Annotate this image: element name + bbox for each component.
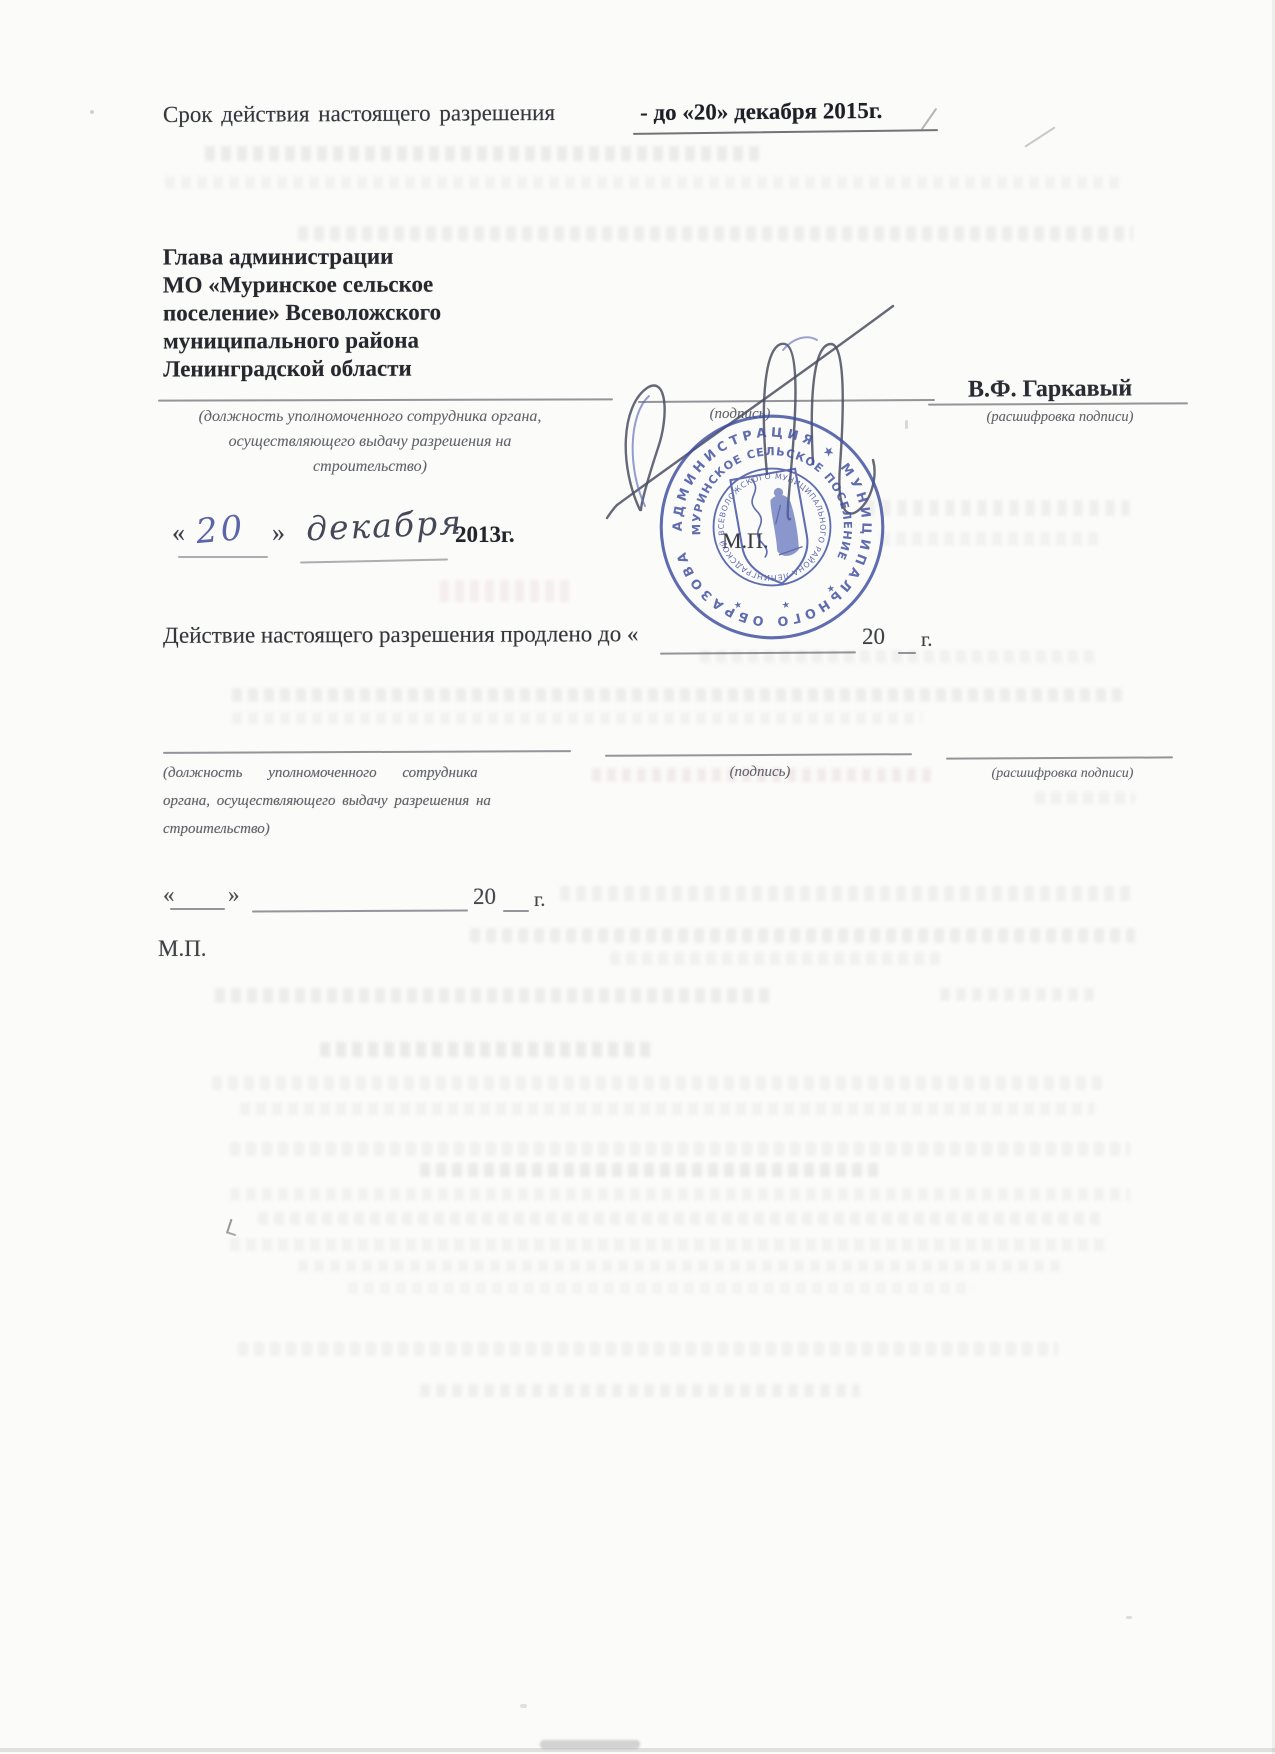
blank-date-open-quote: « — [163, 882, 175, 908]
seal-place-mark-2: М.П. — [158, 936, 207, 962]
extension-line: Действие настоящего разрешения продлено … — [163, 621, 639, 649]
ext-position-caption: (должность уполномоченного сотрудника ор… — [163, 759, 583, 843]
issuer-title-block: Глава администрации МО «Муринское сельск… — [163, 243, 442, 384]
seal-star: ★ — [781, 599, 791, 610]
official-round-seal: АДМИНИСТРАЦИЯ ★ МУНИЦИПАЛЬНОГО ОБРАЗОВАН… — [652, 407, 892, 647]
position-underline — [158, 398, 613, 401]
bleedthrough-artifact — [232, 712, 922, 724]
ext-signature-underline — [605, 753, 912, 756]
position-caption-line: осуществляющего выдачу разрешения на — [150, 429, 590, 454]
seal-star: ★ — [826, 583, 836, 594]
extension-year-prefix: 20 — [862, 624, 885, 650]
issue-date-day-handwritten: 20 — [194, 508, 247, 552]
issue-date-close-quote: » — [272, 518, 285, 548]
pen-tick-mark — [226, 1219, 240, 1236]
issue-day-underline — [178, 556, 268, 558]
scanned-permit-page: Срок действия настоящего разрешения - до… — [0, 0, 1275, 1754]
issuer-title-line: МО «Муринское сельское — [163, 271, 441, 300]
issuer-title-line: муниципального района — [163, 327, 441, 356]
bleedthrough-artifact — [560, 886, 1135, 901]
seal-ring-outer-text: АДМИНИСТРАЦИЯ ★ МУНИЦИПАЛЬНОГО ОБРАЗОВАН… — [655, 409, 890, 644]
bleedthrough-artifact — [230, 1188, 1130, 1201]
scan-bottom-edge — [0, 1748, 1275, 1752]
blank-date-close-quote: » — [228, 882, 240, 908]
validity-underline — [633, 129, 938, 135]
bleedthrough-artifact — [880, 532, 1100, 546]
issuer-title-line: Ленинградской области — [163, 355, 441, 384]
issue-date-year: 2013г. — [455, 522, 515, 548]
bleedthrough-artifact — [215, 988, 775, 1003]
issue-date-month-handwritten: декабря — [305, 503, 464, 549]
scan-speck — [520, 1704, 527, 1708]
bleedthrough-artifact — [348, 1282, 973, 1294]
bleedthrough-artifact — [298, 1260, 1063, 1272]
bleedthrough-artifact — [230, 1142, 1130, 1156]
ext-position-caption-line: (должность уполномоченного сотрудника — [163, 759, 583, 787]
ext-name-underline — [946, 756, 1173, 759]
ext-position-caption-line: строительство) — [163, 815, 583, 843]
bleedthrough-artifact — [212, 1076, 1102, 1090]
position-caption: (должность уполномоченного сотрудника ор… — [150, 404, 590, 479]
blank-date-year-suffix: г. — [534, 887, 546, 912]
blank-day-underline — [170, 908, 225, 910]
validity-label: Срок действия настоящего разрешения — [163, 100, 555, 128]
seal-ring-inner-text: ВСЕВОЛОЖСКОГО МУНИЦИПАЛЬНОГО РАЙОНА ЛЕНИ… — [708, 463, 836, 591]
bleedthrough-artifact — [230, 1238, 1110, 1251]
issue-date-open-quote: « — [172, 518, 185, 548]
bleedthrough-artifact — [1035, 792, 1135, 804]
bleedthrough-artifact — [320, 1042, 655, 1057]
pen-stroke-artifact — [921, 108, 938, 130]
signer-name: В.Ф. Гаркавый — [968, 375, 1132, 403]
scan-speck — [1126, 1616, 1132, 1619]
issue-month-underline — [300, 558, 448, 563]
extension-year-suffix: г. — [921, 627, 933, 652]
bleedthrough-artifact — [610, 952, 940, 965]
ext-name-caption: (расшифровка подписи) — [950, 766, 1175, 782]
issuer-title-line: Глава администрации — [163, 243, 441, 272]
extension-year-underline — [898, 652, 916, 654]
blank-year-underline — [503, 910, 529, 912]
bleedthrough-artifact — [205, 146, 760, 161]
bleedthrough-artifact — [440, 580, 575, 602]
blank-date-year-prefix: 20 — [473, 884, 496, 910]
bleedthrough-artifact — [420, 1384, 860, 1397]
bleedthrough-artifact — [258, 1212, 1103, 1225]
position-caption-line: строительство) — [150, 454, 590, 479]
bleedthrough-artifact — [420, 1163, 880, 1177]
seal-star: ★ — [733, 599, 743, 610]
bleedthrough-artifact — [165, 176, 1120, 189]
ext-position-underline — [163, 750, 571, 753]
ext-signature-caption: (подпись) — [660, 764, 860, 781]
scan-speck — [90, 110, 94, 114]
ext-position-caption-line: органа, осуществляющего выдачу разрешени… — [163, 787, 583, 815]
bleedthrough-artifact — [470, 928, 1135, 943]
bleedthrough-artifact — [940, 988, 1100, 1001]
bleedthrough-artifact — [238, 1342, 1058, 1356]
validity-value: - до «20» декабря 2015г. — [640, 98, 883, 126]
position-caption-line: (должность уполномоченного сотрудника ор… — [150, 404, 590, 429]
bleedthrough-artifact — [298, 226, 1133, 241]
blank-month-underline — [252, 909, 468, 912]
bleedthrough-artifact — [240, 1102, 1095, 1115]
issuer-title-line: поселение» Всеволожского — [163, 299, 441, 328]
pen-stroke-artifact — [1024, 126, 1055, 147]
bleedthrough-artifact — [232, 688, 1127, 702]
name-caption: (расшифровка подписи) — [940, 409, 1180, 426]
